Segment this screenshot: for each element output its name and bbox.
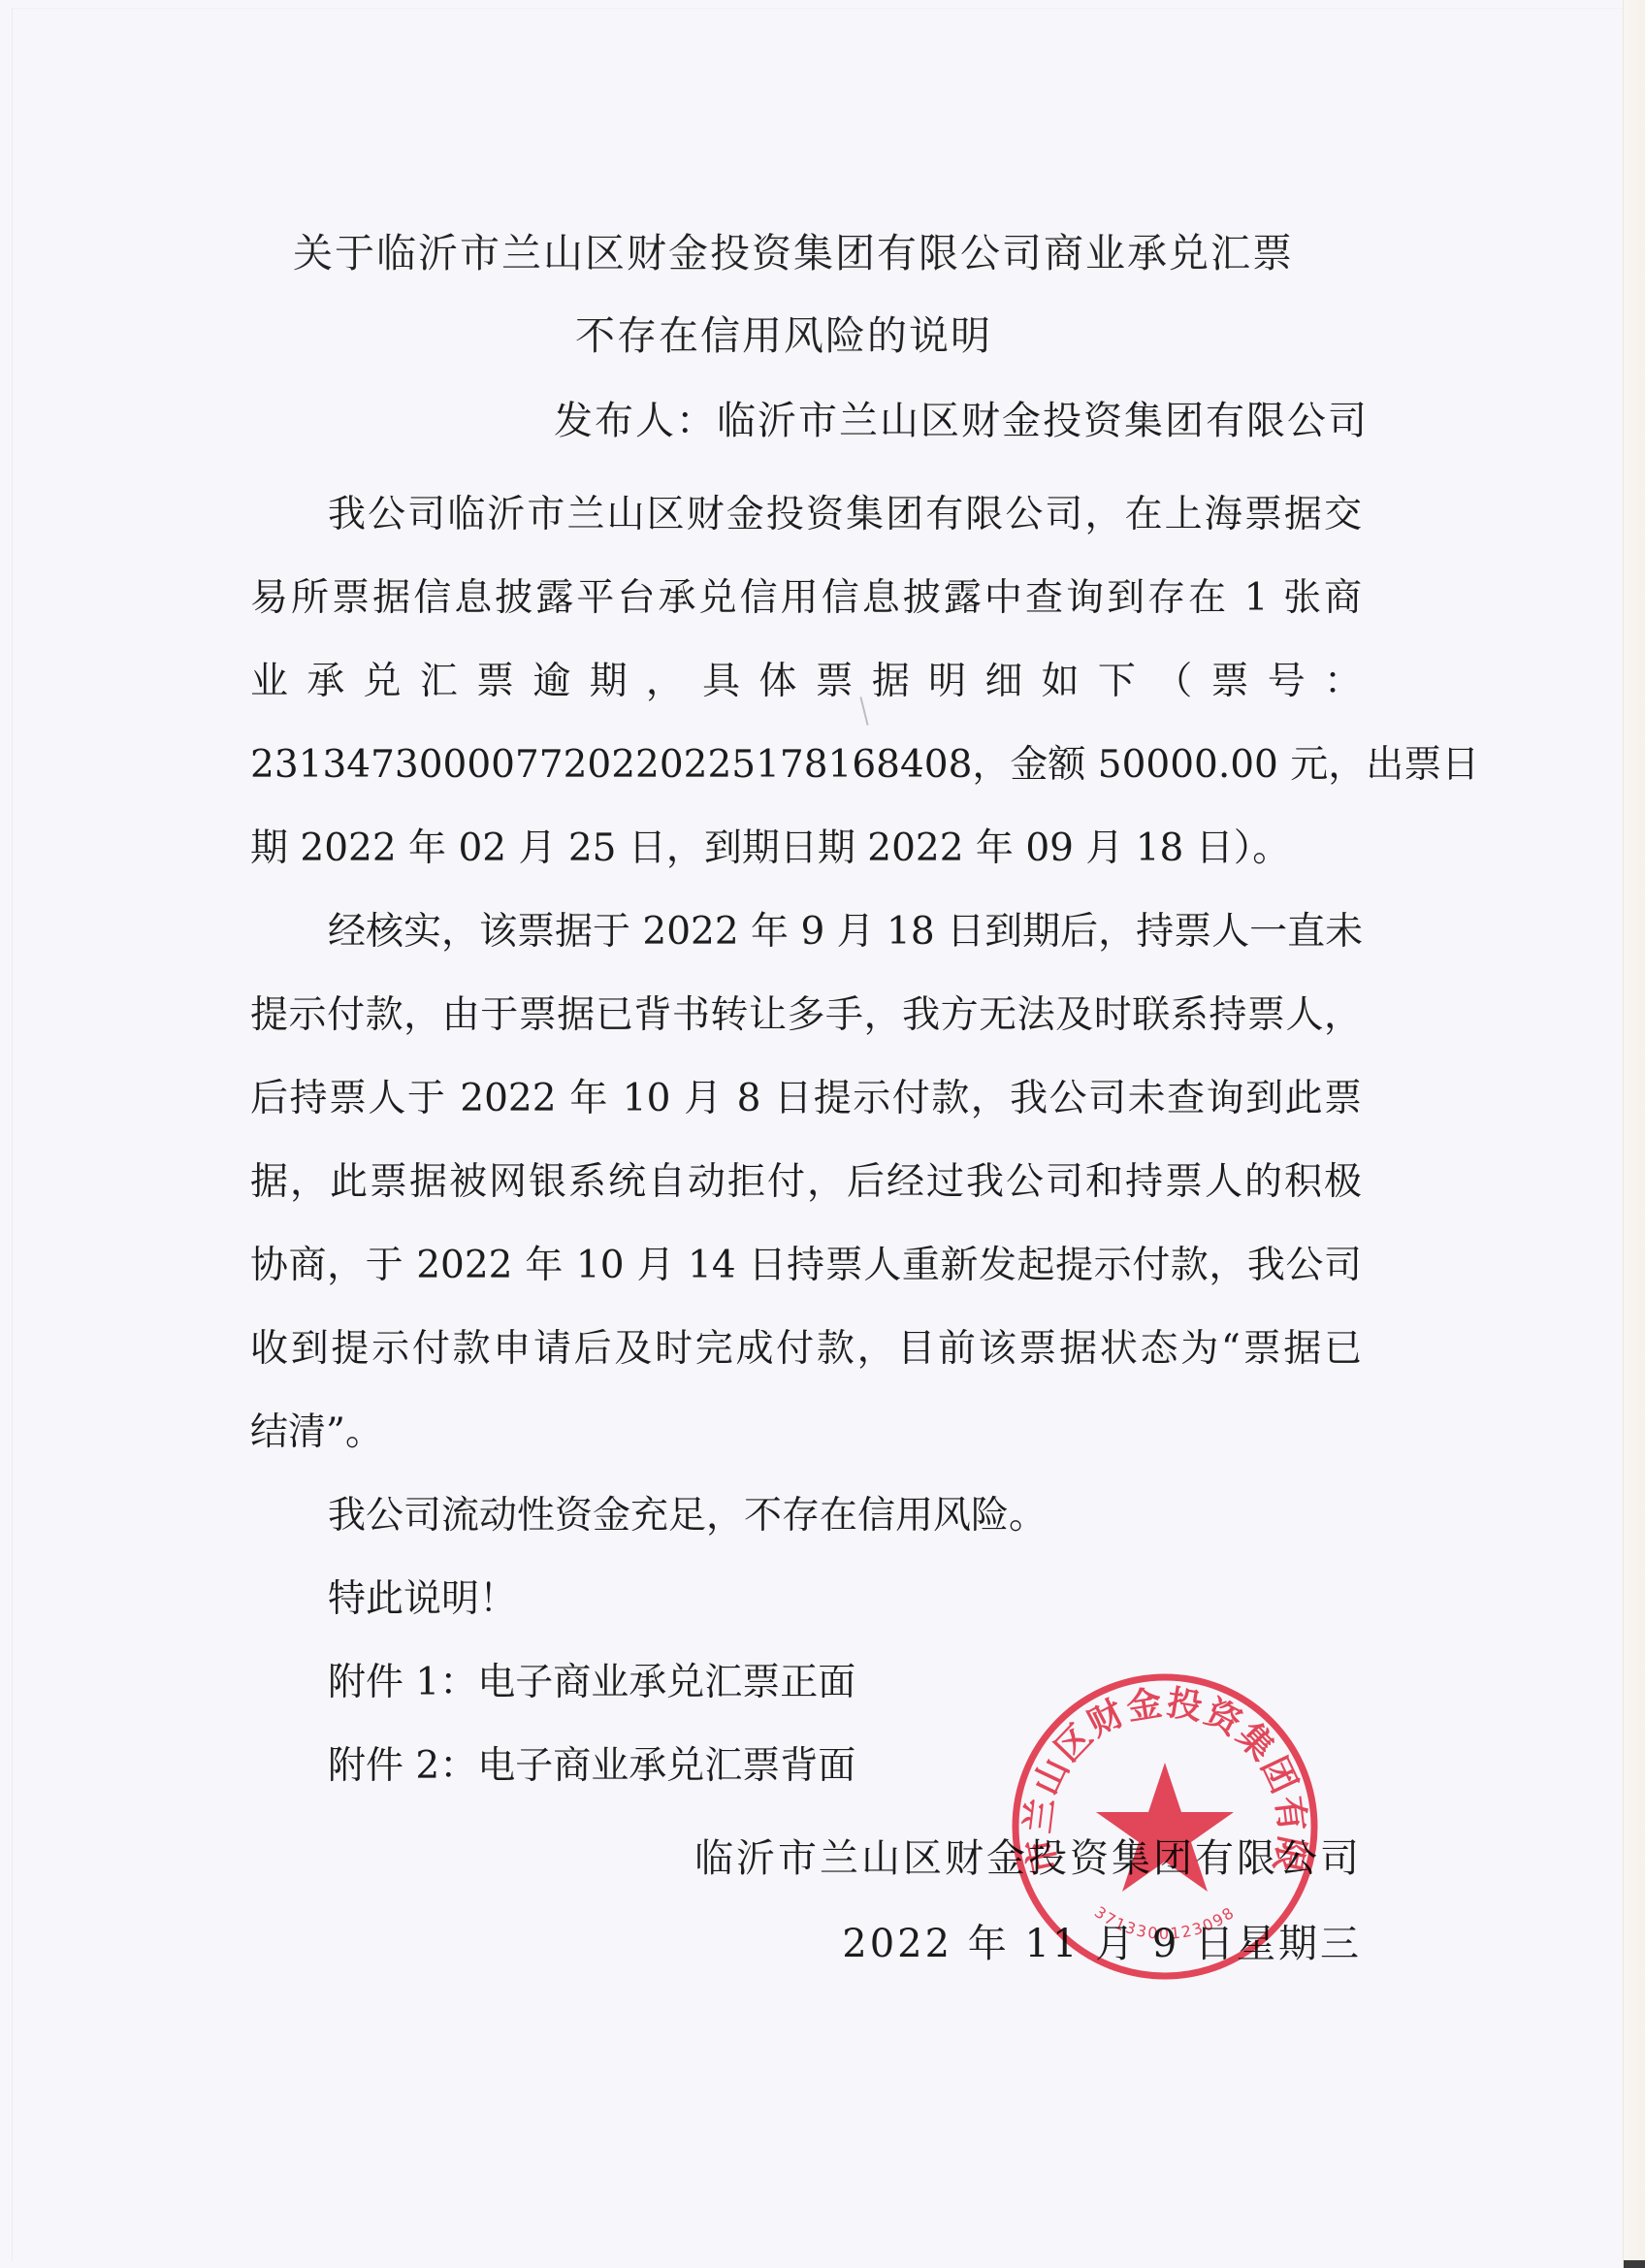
paragraph-1-line: 易所票据信息披露平台承兑信用信息披露中查询到存在 1 张商 bbox=[250, 557, 1362, 640]
paragraph-2-line: 协商，于 2022 年 10 月 14 日持票人重新发起提示付款，我公司 bbox=[250, 1224, 1362, 1308]
signature-date: 2022 年 11 月 9 日星期三 bbox=[842, 1913, 1362, 1968]
closing-statement: 特此说明！ bbox=[250, 1558, 1362, 1641]
document-title-line-1: 关于临沂市兰山区财金投资集团有限公司商业承兑汇票 bbox=[0, 221, 1616, 278]
publisher-line: 发布人：临沂市兰山区财金投资集团有限公司 bbox=[554, 390, 1369, 445]
attachment-2: 附件 2：电子商业承兑汇票背面 bbox=[250, 1725, 1362, 1808]
document-body: 我公司临沂市兰山区财金投资集团有限公司，在上海票据交 易所票据信息披露平台承兑信… bbox=[250, 473, 1362, 1808]
signature-company: 临沂市兰山区财金投资集团有限公司 bbox=[694, 1828, 1362, 1883]
paragraph-2-line: 据，此票据被网银系统自动拒付，后经过我公司和持票人的积极 bbox=[250, 1141, 1362, 1224]
paragraph-1-line: 期 2022 年 02 月 25 日，到期日期 2022 年 09 月 18 日… bbox=[250, 807, 1362, 891]
document-page: 关于临沂市兰山区财金投资集团有限公司商业承兑汇票 不存在信用风险的说明 发布人：… bbox=[0, 0, 1645, 2268]
paragraph-2-line: 后持票人于 2022 年 10 月 8 日提示付款，我公司未查询到此票 bbox=[250, 1057, 1362, 1141]
attachment-1: 附件 1：电子商业承兑汇票正面 bbox=[250, 1641, 1362, 1725]
document-title-line-2: 不存在信用风险的说明 bbox=[0, 304, 1606, 361]
paragraph-1-line: 231347300007720220225178168408，金额 50000.… bbox=[250, 724, 1362, 807]
paragraph-2-line: 收到提示付款申请后及时完成付款，目前该票据状态为“票据已 bbox=[250, 1308, 1362, 1391]
paragraph-1-line: 业承兑汇票逾期，具体票据明细如下（票号： bbox=[250, 640, 1362, 724]
paragraph-2-line: 经核实，该票据于 2022 年 9 月 18 日到期后，持票人一直未 bbox=[250, 891, 1362, 974]
paragraph-2-line: 结清”。 bbox=[250, 1391, 1362, 1474]
paragraph-2-line: 提示付款，由于票据已背书转让多手，我方无法及时联系持票人， bbox=[250, 974, 1362, 1057]
paragraph-3: 我公司流动性资金充足，不存在信用风险。 bbox=[250, 1474, 1362, 1558]
paragraph-1-line: 我公司临沂市兰山区财金投资集团有限公司，在上海票据交 bbox=[250, 473, 1362, 557]
